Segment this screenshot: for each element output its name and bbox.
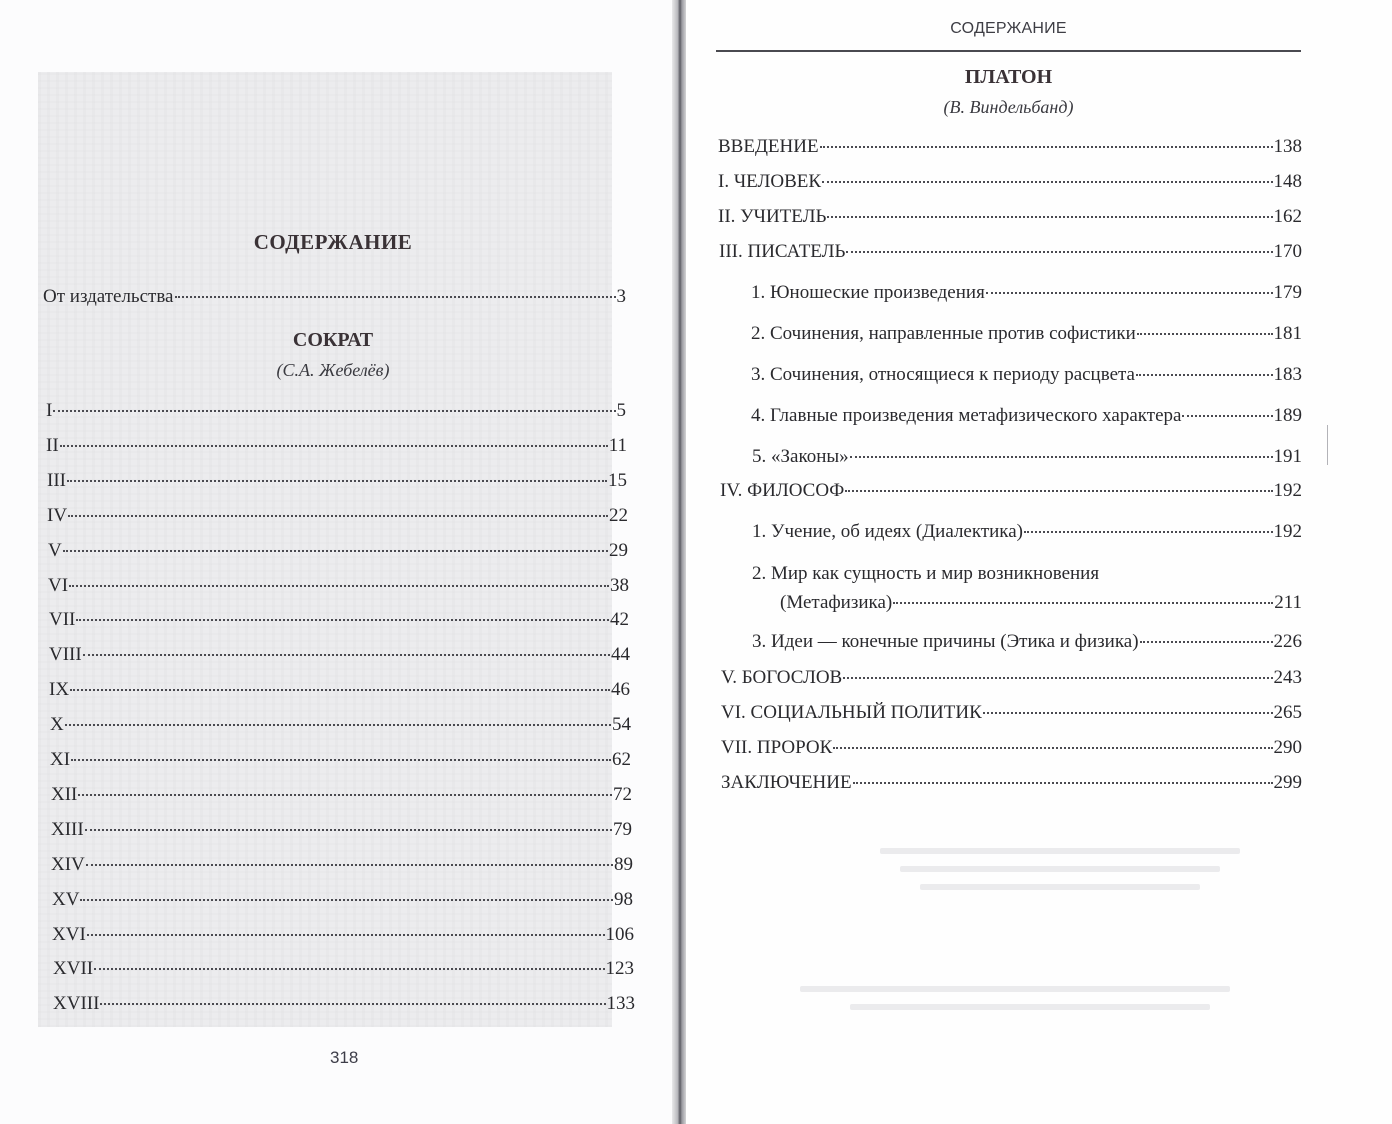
toc-entry-label: 2. Мир как сущность и мир возникновения	[752, 563, 1099, 585]
toc-entry-page: 106	[606, 924, 635, 946]
toc-entry-label: XVI	[52, 924, 86, 946]
toc-entry[interactable]: XII72	[51, 784, 632, 806]
toc-entry-page: 89	[614, 854, 633, 876]
toc-entry[interactable]: II. УЧИТЕЛЬ162	[718, 206, 1302, 228]
toc-entry-label: 5. «Законы»	[752, 446, 849, 468]
toc-entry-page: 123	[606, 958, 635, 980]
toc-entry-first-line[interactable]: 2. Мир как сущность и мир возникновения	[752, 563, 1099, 585]
toc-entry[interactable]: 4. Главные произведения метафизического …	[751, 405, 1302, 427]
toc-entry-page: 42	[610, 609, 629, 631]
bleed-through-text	[800, 986, 1230, 992]
toc-entry-label: III	[47, 470, 66, 492]
dot-leader	[60, 445, 608, 447]
page-number: 318	[330, 1048, 358, 1068]
toc-entry[interactable]: VI38	[48, 575, 629, 597]
toc-entry[interactable]: IV22	[47, 505, 628, 527]
toc-entry[interactable]: 3. Сочинения, относящиеся к периоду расц…	[751, 364, 1302, 386]
toc-entry[interactable]: II11	[46, 435, 627, 457]
toc-entry-label: XII	[51, 784, 77, 806]
dot-leader	[853, 782, 1273, 784]
section-title-socrates: СОКРАТ	[38, 329, 628, 352]
bleed-through-text	[900, 866, 1220, 872]
toc-entry-label: XV	[52, 889, 79, 911]
dot-leader	[78, 794, 612, 796]
dot-leader	[71, 759, 611, 761]
section-author-plato: (В. Виндельбанд)	[716, 97, 1301, 118]
toc-entry-label: V	[48, 540, 62, 562]
dot-leader	[983, 712, 1273, 714]
dot-leader	[70, 689, 610, 691]
dot-leader	[827, 216, 1272, 218]
dot-leader	[822, 181, 1272, 183]
dot-leader	[846, 251, 1272, 253]
toc-entry-label: ВВЕДЕНИЕ	[718, 136, 819, 158]
toc-entry[interactable]: I5	[46, 400, 626, 422]
toc-entry-page: 133	[607, 993, 636, 1015]
dot-leader	[100, 1003, 605, 1005]
dot-leader	[175, 296, 616, 298]
bleed-through-text	[920, 884, 1200, 890]
left-page: СОДЕРЖАНИЕ От издательства 3 СОКРАТ (С.А…	[0, 0, 680, 1124]
toc-entry[interactable]: 2. Сочинения, направленные против софист…	[751, 323, 1302, 345]
toc-entry-page: 192	[1274, 521, 1303, 543]
toc-entry-label: 1. Юношеские произведения	[751, 282, 985, 304]
toc-entry[interactable]: (Метафизика)211	[780, 592, 1302, 614]
contents-title: СОДЕРЖАНИЕ	[38, 230, 628, 255]
toc-entry[interactable]: XIV89	[51, 854, 633, 876]
toc-entry-label: XI	[50, 749, 70, 771]
toc-entry-page: 211	[1274, 592, 1302, 614]
toc-entry-label: VI	[48, 575, 68, 597]
toc-entry-label: III. ПИСАТЕЛЬ	[719, 241, 845, 263]
dot-leader	[76, 619, 609, 621]
toc-entry-label: XVIII	[53, 993, 99, 1015]
toc-entry-page: 192	[1274, 480, 1303, 502]
toc-entry[interactable]: ВВЕДЕНИЕ138	[718, 136, 1302, 158]
toc-entry[interactable]: I. ЧЕЛОВЕК148	[718, 171, 1302, 193]
toc-entry-page: 22	[609, 505, 628, 527]
toc-entry-page: 299	[1274, 772, 1303, 794]
dot-leader	[820, 146, 1273, 148]
toc-entry-label: 3. Идеи — конечные причины (Этика и физи…	[752, 631, 1139, 653]
toc-entry-label: VII	[49, 609, 75, 631]
bleed-through-text	[850, 1004, 1210, 1010]
toc-entry-page: 181	[1274, 323, 1303, 345]
dot-leader	[87, 934, 605, 936]
toc-entry-page: 38	[610, 575, 629, 597]
dot-leader	[833, 747, 1272, 749]
toc-entry-page: 226	[1274, 631, 1303, 653]
toc-entry-label: II. УЧИТЕЛЬ	[718, 206, 826, 228]
toc-entry-page: 162	[1274, 206, 1303, 228]
toc-entry-label: IV. ФИЛОСОФ	[720, 480, 844, 502]
toc-entry[interactable]: XVIII133	[53, 993, 635, 1015]
toc-entry[interactable]: IV. ФИЛОСОФ192	[720, 480, 1302, 502]
dot-leader	[1140, 641, 1273, 643]
toc-entry-page: 3	[617, 286, 627, 308]
toc-entry-label: V. БОГОСЛОВ	[721, 667, 842, 689]
dot-leader	[85, 829, 612, 831]
toc-entry-page: 11	[609, 435, 627, 457]
dot-leader	[1136, 374, 1273, 376]
dot-leader	[850, 456, 1273, 458]
toc-entry-page: 183	[1274, 364, 1303, 386]
toc-entry[interactable]: XVI106	[52, 924, 634, 946]
toc-entry[interactable]: VIII44	[49, 644, 630, 666]
dot-leader	[63, 550, 608, 552]
section-author-socrates: (С.А. Жебелёв)	[38, 360, 628, 381]
toc-entry-page: 170	[1274, 241, 1303, 263]
toc-entry-label: XIII	[51, 819, 84, 841]
toc-entry-page: 29	[609, 540, 628, 562]
toc-entry-page: 179	[1274, 282, 1303, 304]
toc-entry-page: 72	[613, 784, 632, 806]
toc-entry-label: IV	[47, 505, 67, 527]
toc-entry[interactable]: XI62	[50, 749, 631, 771]
dot-leader	[1182, 415, 1272, 417]
toc-entry-page: 191	[1274, 446, 1303, 468]
dot-leader	[80, 899, 613, 901]
section-title-plato: ПЛАТОН	[716, 66, 1301, 89]
toc-entry-label: X	[50, 714, 64, 736]
toc-entry-page: 5	[617, 400, 627, 422]
running-head: СОДЕРЖАНИЕ	[716, 20, 1301, 38]
header-rule	[716, 50, 1301, 52]
toc-entry[interactable]: III. ПИСАТЕЛЬ170	[719, 241, 1302, 263]
dot-leader	[893, 602, 1273, 604]
dot-leader	[986, 292, 1273, 294]
toc-entry[interactable]: 3. Идеи — конечные причины (Этика и физи…	[752, 631, 1302, 653]
toc-entry-label: VII. ПРОРОК	[721, 737, 832, 759]
dot-leader	[67, 480, 607, 482]
toc-entry-page: 15	[608, 470, 627, 492]
toc-entry-label: I. ЧЕЛОВЕК	[718, 171, 821, 193]
toc-entry-label: XVII	[53, 958, 93, 980]
toc-entry-label: VI. СОЦИАЛЬНЫЙ ПОЛИТИК	[721, 702, 982, 724]
toc-entry-page: 189	[1274, 405, 1303, 427]
toc-entry[interactable]: IX46	[49, 679, 630, 701]
toc-entry-label: 2. Сочинения, направленные против софист…	[751, 323, 1136, 345]
dot-leader	[845, 490, 1272, 492]
toc-entry-label: I	[46, 400, 52, 422]
dot-leader	[68, 515, 608, 517]
toc-entry-page: 54	[612, 714, 631, 736]
toc-entry-page: 98	[614, 889, 633, 911]
scan-mark	[1327, 425, 1328, 465]
toc-entry-continuation: (Метафизика)	[780, 592, 892, 614]
dot-leader	[1024, 531, 1272, 533]
toc-entry[interactable]: XVII123	[53, 958, 634, 980]
dot-leader	[65, 724, 611, 726]
toc-entry[interactable]: 1. Учение, об идеях (Диалектика)192	[752, 521, 1302, 543]
dot-leader	[83, 654, 610, 656]
toc-entry-page: 148	[1274, 171, 1303, 193]
toc-entry-page: 265	[1274, 702, 1303, 724]
toc-entry-label: 1. Учение, об идеях (Диалектика)	[752, 521, 1023, 543]
dot-leader	[53, 410, 615, 412]
toc-entry-page: 46	[611, 679, 630, 701]
toc-entry-label: 4. Главные произведения метафизического …	[751, 405, 1181, 427]
right-page	[686, 0, 1392, 1124]
toc-entry-page: 290	[1274, 737, 1303, 759]
toc-entry-label: 3. Сочинения, относящиеся к периоду расц…	[751, 364, 1135, 386]
toc-entry-label: ЗАКЛЮЧЕНИЕ	[721, 772, 852, 794]
dot-leader	[94, 968, 604, 970]
toc-entry[interactable]: 5. «Законы»191	[752, 446, 1302, 468]
dot-leader	[1137, 333, 1273, 335]
dot-leader	[69, 585, 609, 587]
toc-entry-label: XIV	[51, 854, 85, 876]
toc-entry[interactable]: 1. Юношеские произведения179	[751, 282, 1302, 304]
toc-entry[interactable]: VII42	[49, 609, 629, 631]
toc-entry-page: 44	[611, 644, 630, 666]
toc-entry-page: 243	[1274, 667, 1303, 689]
dot-leader	[86, 864, 613, 866]
dot-leader	[843, 677, 1272, 679]
toc-entry-label: IX	[49, 679, 69, 701]
bleed-through-text	[880, 848, 1240, 854]
toc-entry-page: 79	[613, 819, 632, 841]
toc-entry[interactable]: VII. ПРОРОК290	[721, 737, 1302, 759]
toc-entry-page: 62	[612, 749, 631, 771]
toc-entry[interactable]: VI. СОЦИАЛЬНЫЙ ПОЛИТИК265	[721, 702, 1302, 724]
toc-entry-label: От издательства	[43, 286, 174, 308]
toc-entry-label: VIII	[49, 644, 82, 666]
toc-entry-page: 138	[1274, 136, 1303, 158]
toc-entry[interactable]: V29	[48, 540, 628, 562]
toc-entry[interactable]: XIII79	[51, 819, 632, 841]
toc-entry[interactable]: III15	[47, 470, 627, 492]
toc-entry[interactable]: XV98	[52, 889, 633, 911]
toc-entry-label: II	[46, 435, 59, 457]
toc-entry[interactable]: ЗАКЛЮЧЕНИЕ299	[721, 772, 1302, 794]
toc-entry-intro[interactable]: От издательства 3	[43, 286, 626, 308]
toc-entry[interactable]: V. БОГОСЛОВ243	[721, 667, 1302, 689]
toc-entry[interactable]: X54	[50, 714, 631, 736]
